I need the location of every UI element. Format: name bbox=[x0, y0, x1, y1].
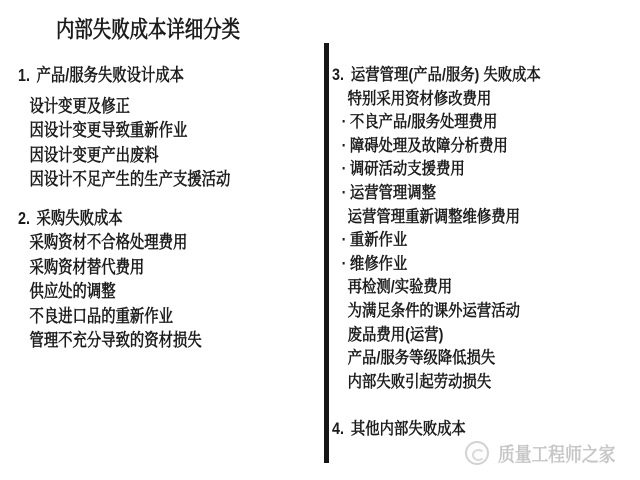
list-item: 因设计变更导致重新作业 bbox=[18, 118, 230, 143]
list-item: 因设计变更产出废料 bbox=[18, 143, 230, 168]
list-item: ·重新作业 bbox=[332, 229, 541, 253]
bullet-icon: · bbox=[342, 182, 347, 206]
section-3-heading: 3.运营管理(产品/服务) 失败成本 bbox=[332, 64, 541, 88]
section-1-heading: 1.产品/服务失败设计成本 bbox=[18, 63, 230, 88]
bullet-icon: · bbox=[342, 111, 347, 135]
list-item: 设计变更及修正 bbox=[18, 94, 230, 119]
item-text: 不良产品/服务处理费用 bbox=[350, 113, 498, 131]
section-number: 4. bbox=[332, 420, 344, 438]
item-text: 调研活动支援费用 bbox=[350, 160, 465, 178]
list-item: ·维修作业 bbox=[332, 253, 541, 277]
item-text: 运营管理调整 bbox=[350, 184, 436, 202]
list-item: ·运营管理调整 bbox=[332, 182, 541, 206]
list-item: 采购资材替代费用 bbox=[18, 255, 230, 280]
bullet-icon: · bbox=[342, 158, 347, 182]
item-text: 维修作业 bbox=[350, 255, 407, 273]
list-item: 再检测/实验费用 bbox=[332, 276, 541, 300]
list-item: 特别采用资材修改费用 bbox=[332, 88, 541, 112]
item-text: 重新作业 bbox=[350, 231, 407, 249]
section-heading-text: 其他内部失败成本 bbox=[351, 420, 466, 438]
vertical-divider bbox=[324, 43, 329, 463]
section-heading-text: 运营管理(产品/服务) 失败成本 bbox=[351, 66, 541, 84]
bullet-icon: · bbox=[342, 135, 347, 159]
section-number: 2. bbox=[18, 208, 30, 228]
list-item: 产品/服务等级降低损失 bbox=[332, 347, 541, 371]
list-item: 供应处的调整 bbox=[18, 279, 230, 304]
list-item: ·不良产品/服务处理费用 bbox=[332, 111, 541, 135]
page-title: 内部失败成本详细分类 bbox=[56, 11, 240, 44]
list-item: 不良进口品的重新作业 bbox=[18, 304, 230, 329]
list-item: 采购资材不合格处理费用 bbox=[18, 230, 230, 255]
list-item: 废品费用(运营) bbox=[332, 324, 541, 348]
watermark-logo-icon bbox=[465, 441, 489, 465]
list-item: ·障碍处理及故障分析费用 bbox=[332, 135, 541, 159]
section-2-heading: 2.采购失败成本 bbox=[18, 206, 230, 231]
list-item: 为满足条件的课外运营活动 bbox=[332, 300, 541, 324]
slide-page: 内部失败成本详细分类 1.产品/服务失败设计成本 设计变更及修正 因设计变更导致… bbox=[0, 0, 640, 480]
watermark-text: 质量工程师之家 bbox=[498, 439, 615, 467]
left-column: 1.产品/服务失败设计成本 设计变更及修正 因设计变更导致重新作业 因设计变更产… bbox=[18, 63, 230, 353]
item-text: 障碍处理及故障分析费用 bbox=[350, 137, 508, 155]
bullet-icon: · bbox=[342, 229, 347, 253]
section-number: 1. bbox=[18, 65, 30, 85]
section-heading-text: 产品/服务失败设计成本 bbox=[37, 65, 184, 85]
section-heading-text: 采购失败成本 bbox=[37, 208, 123, 228]
watermark: 质量工程师之家 bbox=[465, 439, 635, 467]
list-item: 管理不充分导致的资材损失 bbox=[18, 328, 230, 353]
list-item: 因设计不足产生的生产支援活动 bbox=[18, 167, 230, 192]
bullet-icon: · bbox=[342, 253, 347, 277]
list-item: ·调研活动支援费用 bbox=[332, 158, 541, 182]
list-item: 运营管理重新调整维修费用 bbox=[332, 206, 541, 230]
list-item: 内部失败引起劳动损失 bbox=[332, 371, 541, 395]
section-number: 3. bbox=[332, 66, 344, 84]
right-column: 3.运营管理(产品/服务) 失败成本 特别采用资材修改费用 ·不良产品/服务处理… bbox=[332, 64, 541, 442]
